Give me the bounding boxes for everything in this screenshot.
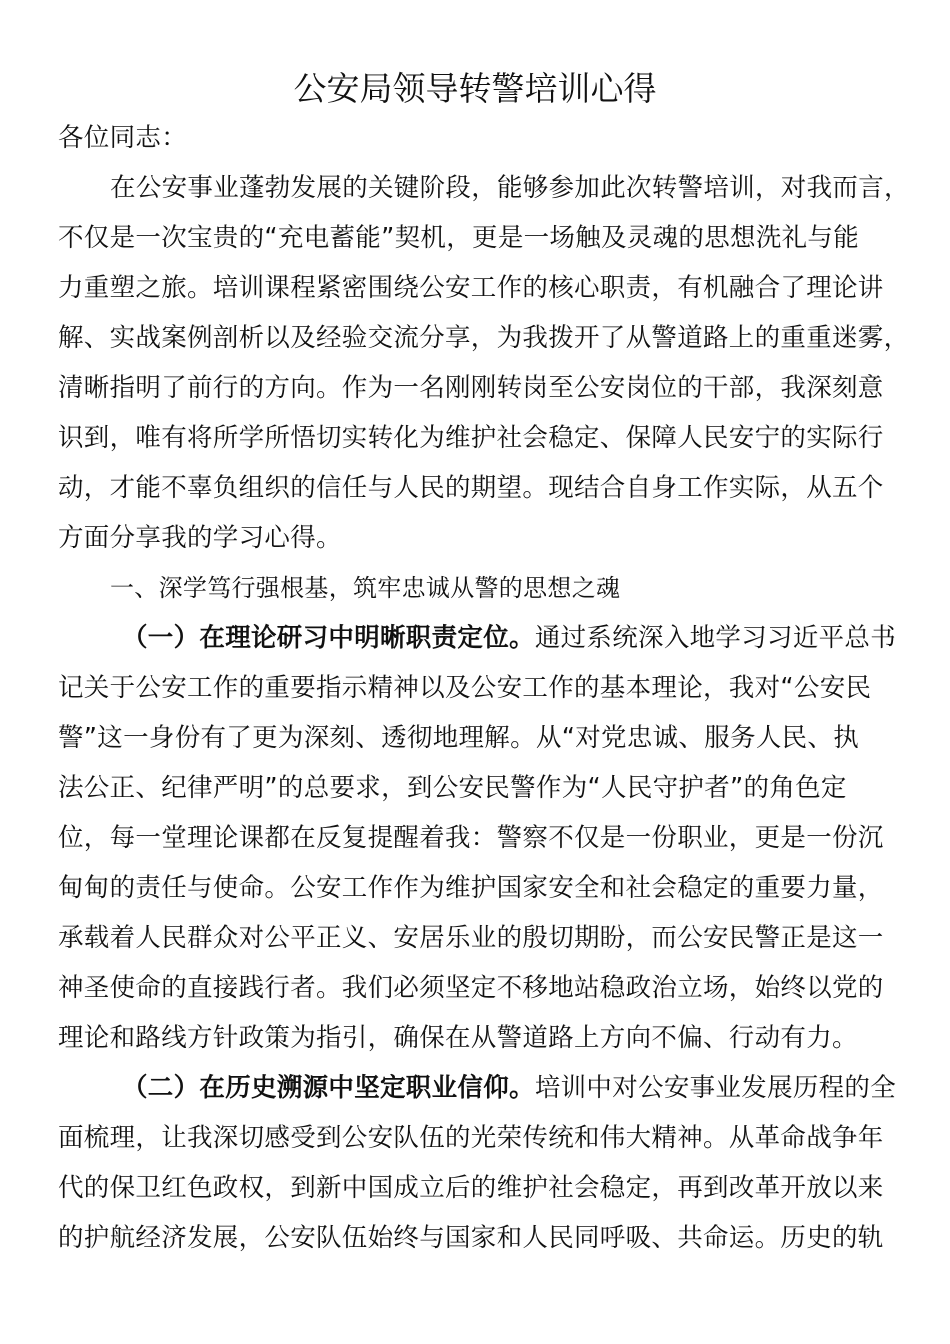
subsection-2-first-line: （二）在历史溯源中坚定职业信仰。培训中对公安事业发展历程的全 [122,1070,896,1106]
subsection-1-line: 甸甸的责任与使命。公安工作作为维护国家安全和社会稳定的重要力量， [58,870,884,906]
subsection-2-lead-rest: 培训中对公安事业发展历程的全 [535,1073,896,1103]
subsection-2-line: 面梳理，让我深切感受到公安队伍的光荣传统和伟大精神。从革命战争年 [58,1120,884,1156]
intro-line-4: 解、实战案例剖析以及经验交流分享，为我拨开了从警道路上的重重迷雾， [58,320,909,356]
subsection-1-lead: （一）在理论研习中明晰职责定位。 [122,623,535,653]
salutation: 各位同志： [58,120,187,156]
subsection-1-line: 警”这一身份有了更为深刻、透彻地理解。从“对党忠诚、服务人民、执 [58,720,859,756]
subsection-1-line: 承载着人民群众对公平正义、安居乐业的殷切期盼，而公安民警正是这一 [58,920,884,956]
intro-line-2: 不仅是一次宝贵的“充电蓄能”契机，更是一场触及灵魂的思想洗礼与能 [58,220,859,256]
subsection-1-line: 理论和路线方针政策为指引，确保在从警道路上方向不偏、行动有力。 [58,1020,858,1056]
subsection-1-line: 神圣使命的直接践行者。我们必须坚定不移地站稳政治立场，始终以党的 [58,970,884,1006]
subsection-1-line: 记关于公安工作的重要指示精神以及公安工作的基本理论，我对“公安民 [58,670,871,706]
intro-line-5: 清晰指明了前行的方向。作为一名刚刚转岗至公安岗位的干部，我深刻意 [58,370,884,406]
document-title: 公安局领导转警培训心得 [0,64,950,114]
subsection-1-first-line: （一）在理论研习中明晰职责定位。通过系统深入地学习习近平总书 [122,620,896,656]
document-page: 公安局领导转警培训心得 各位同志： 在公安事业蓬勃发展的关键阶段，能够参加此次转… [0,0,950,1344]
intro-line-7: 动，才能不辜负组织的信任与人民的期望。现结合自身工作实际，从五个 [58,470,884,506]
subsection-2-line: 的护航经济发展，公安队伍始终与国家和人民同呼吸、共命运。历史的轨 [58,1220,884,1256]
subsection-1-lead-rest: 通过系统深入地学习习近平总书 [535,623,896,653]
section-1-heading: 一、深学笃行强根基，筑牢忠诚从警的思想之魂 [110,570,620,606]
intro-line-8: 方面分享我的学习心得。 [58,520,342,556]
intro-line-6: 识到，唯有将所学所悟切实转化为维护社会稳定、保障人民安宁的实际行 [58,420,884,456]
intro-line-3: 力重塑之旅。培训课程紧密围绕公安工作的核心职责，有机融合了理论讲 [58,270,884,306]
subsection-1-line: 法公正、纪律严明”的总要求，到公安民警作为“人民守护者”的角色定 [58,770,847,806]
subsection-2-lead: （二）在历史溯源中坚定职业信仰。 [122,1073,535,1103]
intro-line-1: 在公安事业蓬勃发展的关键阶段，能够参加此次转警培训，对我而言， [110,170,910,206]
subsection-1-line: 位，每一堂理论课都在反复提醒着我：警察不仅是一份职业，更是一份沉 [58,820,884,856]
subsection-2-line: 代的保卫红色政权，到新中国成立后的维护社会稳定，再到改革开放以来 [58,1170,884,1206]
